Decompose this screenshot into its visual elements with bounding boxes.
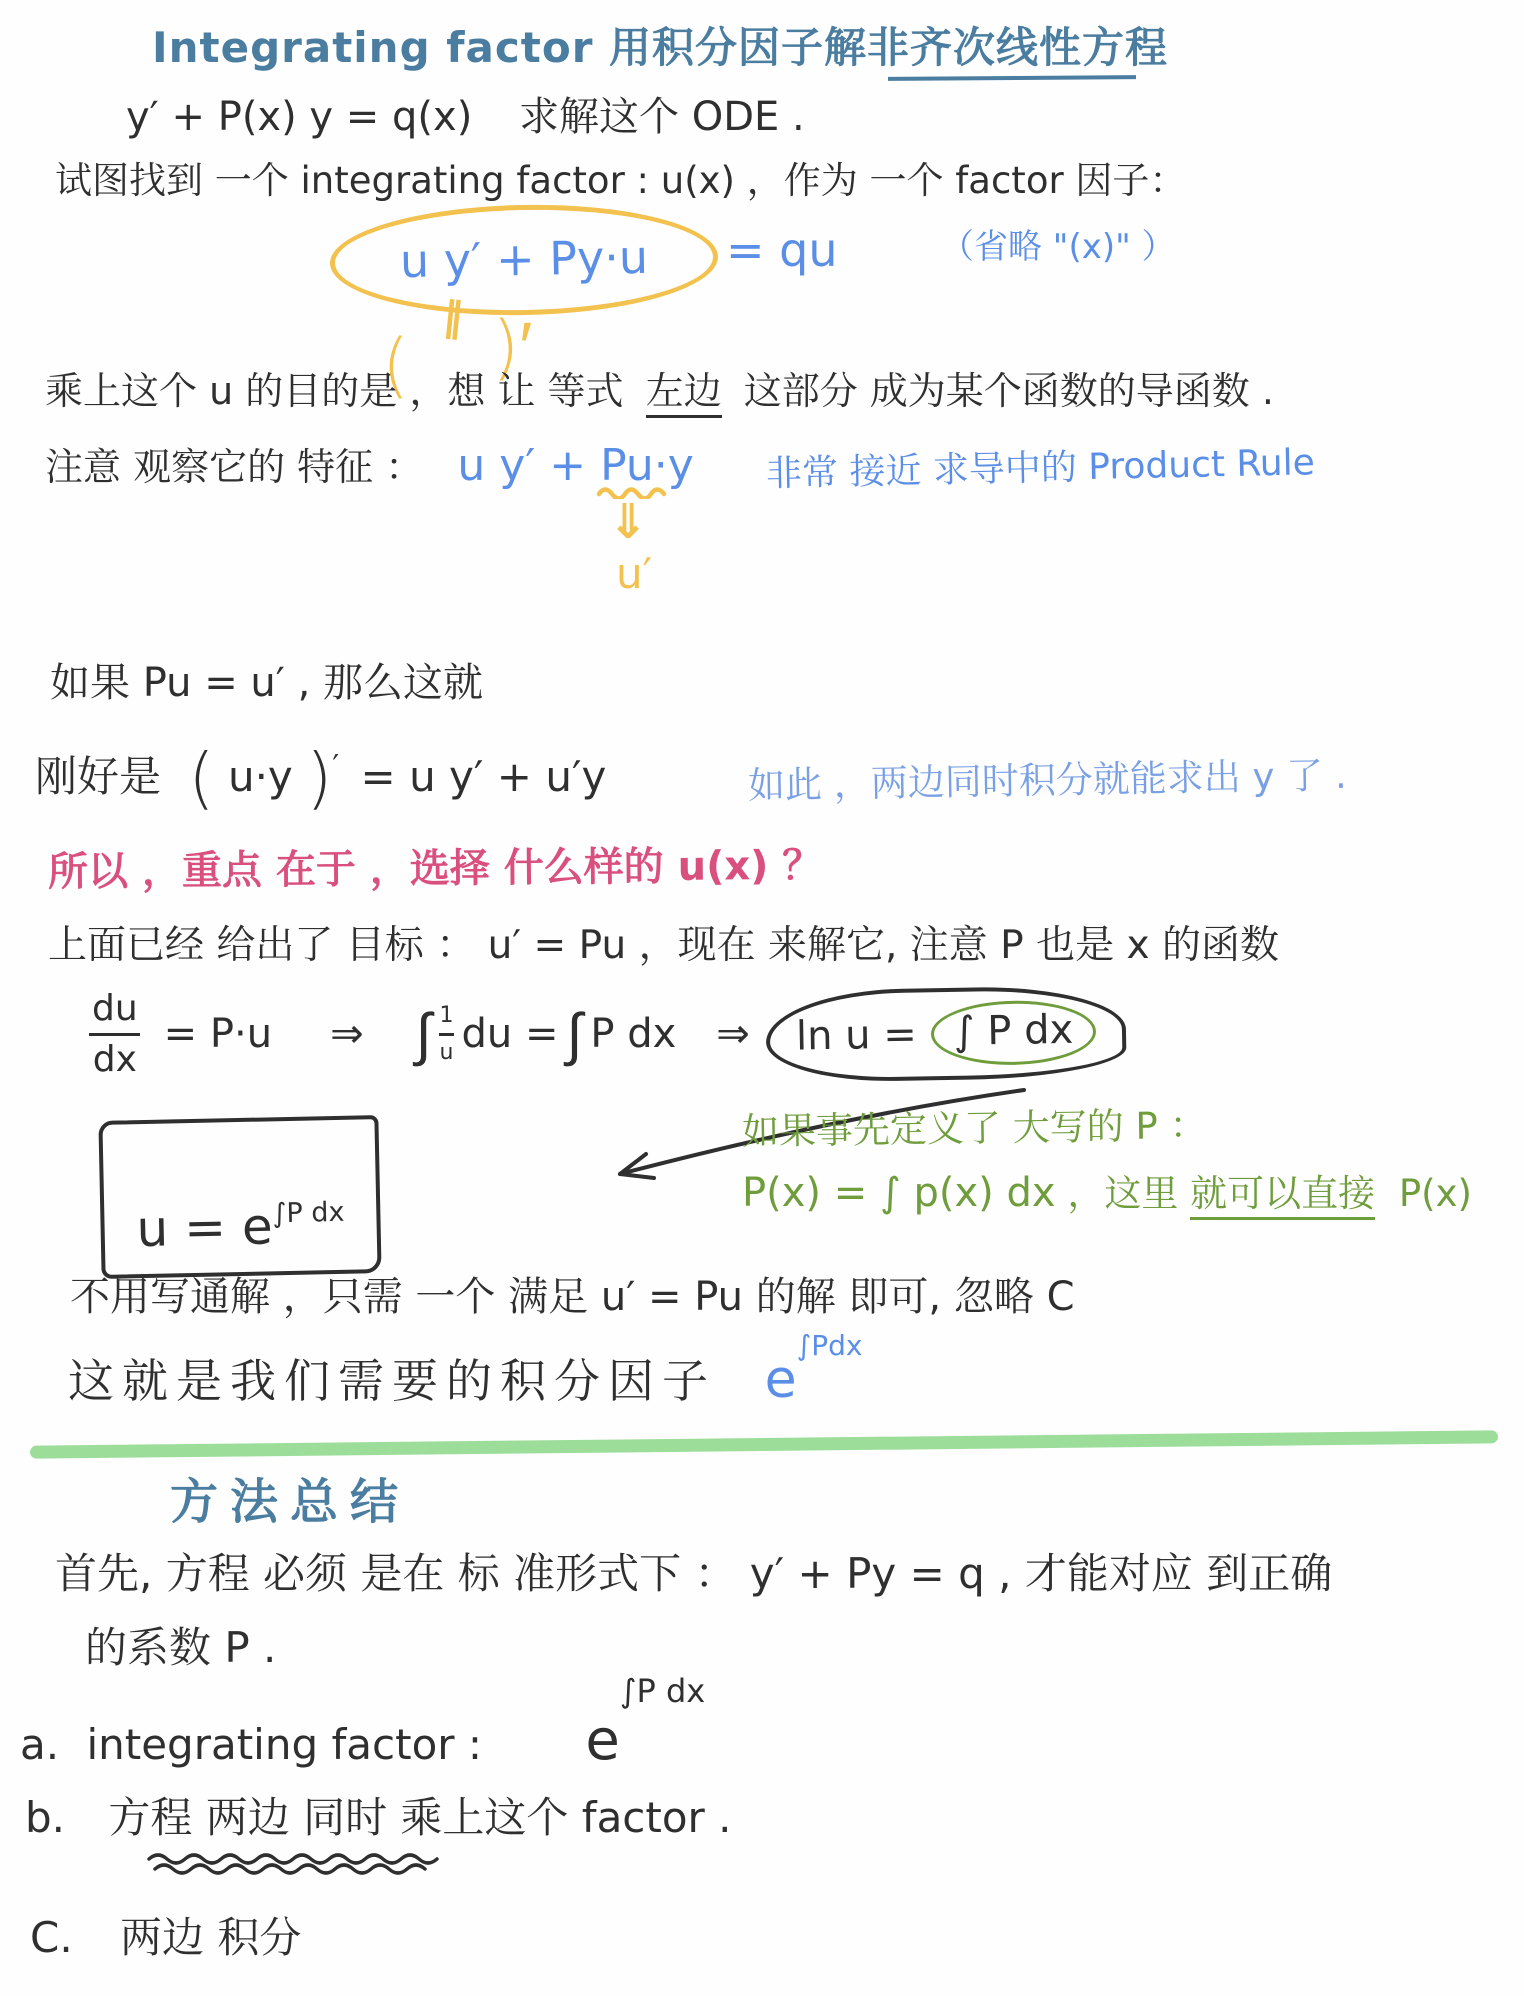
goal-line: 上面已经 给出了 目标 ： u′ = Pu ，现在 来解它, 注意 P 也是 x… bbox=[48, 922, 1279, 971]
find-factor-text: 试图找到 一个 integrating factor : u(x) ，作为 一个… bbox=[55, 159, 1186, 202]
green-note-post: P(x) bbox=[1399, 1172, 1472, 1215]
note-page: Integrating factor 用积分因子解非齐次线性方程 y′ + P(… bbox=[0, 0, 1524, 1996]
equals-pu: = P·u bbox=[164, 1009, 272, 1059]
product-rhs: = u y′ + u′y bbox=[361, 752, 607, 801]
big-paren-close: ) bbox=[306, 739, 332, 817]
green-note-line2: P(x) = ∫ p(x) dx ，这里 就可以直接 P(x) bbox=[742, 1168, 1472, 1218]
page-title-text: Integrating factor 用积分因子解非齐次线性方程 bbox=[152, 23, 1168, 72]
highlight-ellipse: u y′ + Py·u bbox=[329, 202, 719, 319]
double-wavy-underline-icon bbox=[145, 1852, 455, 1878]
inner-fraction-bar bbox=[439, 1033, 455, 1036]
item-a-base: e bbox=[585, 1708, 619, 1773]
down-arrow-icon: ⇓ bbox=[608, 492, 648, 552]
find-factor-line: 试图找到 一个 integrating factor : u(x) ，作为 一个… bbox=[55, 158, 1186, 204]
frac-denominator: dx bbox=[93, 1042, 137, 1078]
item-a: a. integrating factor : e∫P dx bbox=[20, 1706, 705, 1776]
circled-formula: u y′ + Py·u bbox=[400, 229, 649, 291]
ode-line: y′ + P(x) y = q(x) 求解这个 ODE . bbox=[126, 92, 805, 142]
key-question-line: 所以 ，重点 在于 ，选择 什么样的 u(x) ？ bbox=[48, 841, 823, 898]
fraction-bar bbox=[89, 1033, 140, 1036]
inner-denominator: u bbox=[440, 1042, 454, 1064]
item-b-text: 方程 两边 同时 乘上这个 factor . bbox=[108, 1793, 731, 1842]
green-circle-integral: ∫ P dx bbox=[930, 999, 1097, 1066]
boxed-base: u = e bbox=[136, 1195, 273, 1260]
ode-formula: y′ + P(x) y = q(x) bbox=[126, 94, 472, 140]
p-dx: P dx bbox=[590, 1009, 676, 1059]
integral-sign: ∫ bbox=[416, 998, 432, 1071]
implies-arrow-1: ⇒ bbox=[330, 1009, 364, 1059]
ln-circle: ln u = ∫ P dx bbox=[765, 985, 1127, 1083]
integral-equation: ∫ 1 u du = ∫ P dx bbox=[416, 998, 677, 1071]
u-formula-box: u = e∫P dx bbox=[98, 1115, 381, 1279]
boxed-exponent: ∫P dx bbox=[272, 1196, 345, 1231]
title-underline bbox=[888, 75, 1136, 81]
exactly-pre: 刚好是 bbox=[35, 752, 161, 801]
item-c-label: C. bbox=[30, 1913, 73, 1962]
summary-line2: 的系数 P . bbox=[85, 1622, 276, 1675]
observe-line: 注意 观察它的 特征 ： u y′ + Pu·y 非常 接近 求导中的 Prod… bbox=[45, 438, 1315, 493]
product-rule-note: 非常 接近 求导中的 Product Rule bbox=[765, 440, 1315, 496]
item-c: C. 两边 积分 bbox=[30, 1912, 301, 1965]
green-note-pre: ，这里 bbox=[1067, 1172, 1178, 1215]
big-paren-open: ( bbox=[188, 739, 214, 817]
conclusion-text: 这就是我们需要的积分因子 bbox=[68, 1354, 716, 1408]
capital-p-formula: P(x) = ∫ p(x) dx bbox=[742, 1170, 1056, 1216]
ditto-mark: ‖ bbox=[440, 291, 465, 343]
item-c-text: 两边 积分 bbox=[120, 1913, 301, 1962]
integral-sign-2: ∫ bbox=[566, 998, 582, 1071]
item-b: b. 方程 两边 同时 乘上这个 factor . bbox=[25, 1792, 732, 1845]
if-line: 如果 Pu = u′ , 那么这就 bbox=[50, 658, 483, 708]
item-b-label: b. bbox=[25, 1793, 65, 1842]
purpose-underlined: 左边 bbox=[646, 369, 722, 418]
item-a-label: a. bbox=[20, 1720, 59, 1769]
omit-note: （省略 "(x)" ） bbox=[940, 226, 1176, 269]
ode-text: 求解这个 ODE . bbox=[519, 94, 805, 140]
derivation-line: du dx = P·u ⇒ ∫ 1 u du = ∫ P dx ⇒ ln u =… bbox=[92, 988, 1126, 1080]
item-a-exponent: ∫P dx bbox=[620, 1672, 705, 1710]
product-derivative-line: 刚好是 ( u·y )′ = u y′ + u′y bbox=[35, 736, 606, 820]
integrate-note: 如此 ，两边同时积分就能求出 y 了 . bbox=[748, 753, 1347, 810]
conclusion-exponent: ∫Pdx bbox=[797, 1329, 863, 1362]
purpose-line: 乘上这个 u 的目的是 ，想 让 等式 左边 这部分 成为某个函数的导函数 . bbox=[45, 368, 1274, 416]
purpose-pre: 乘上这个 u 的目的是 ，想 让 等式 bbox=[45, 369, 623, 413]
circled-rhs: = qu bbox=[726, 222, 838, 280]
summary-line1: 首先, 方程 必须 是在 标 准形式下 ： y′ + Py = q , 才能对应… bbox=[55, 1548, 1332, 1601]
summary-heading: 方法总结 bbox=[170, 1472, 410, 1532]
page-title: Integrating factor 用积分因子解非齐次线性方程 bbox=[152, 22, 1168, 75]
purpose-post: 这部分 成为某个函数的导函数 . bbox=[744, 369, 1274, 413]
du-dx-fraction: du dx bbox=[92, 991, 138, 1078]
du-equals: du = bbox=[462, 1009, 559, 1059]
conclusion-base: e bbox=[765, 1350, 797, 1410]
item-a-text: integrating factor : bbox=[86, 1720, 482, 1769]
paren-inner: u·y bbox=[228, 752, 293, 801]
implies-arrow-2: ⇒ bbox=[716, 1009, 750, 1059]
green-note-underlined: 就可以直接 bbox=[1190, 1172, 1375, 1220]
prime-mark: ′ bbox=[332, 749, 339, 784]
divider-line bbox=[30, 1430, 1498, 1458]
inner-numerator: 1 bbox=[440, 1005, 454, 1027]
observe-label: 注意 观察它的 特征 ： bbox=[45, 445, 423, 489]
frac-numerator: du bbox=[92, 991, 138, 1027]
ln-u-equals: ln u = bbox=[795, 1010, 917, 1062]
particular-solution-line: 不用写通解 ，只需 一个 满足 u′ = Pu 的解 即可, 忽略 C bbox=[70, 1272, 1075, 1322]
one-over-u-fraction: 1 u bbox=[440, 1005, 454, 1064]
conclusion-line: 这就是我们需要的积分因子 e∫Pdx bbox=[68, 1348, 862, 1413]
green-note-line1: 如果事先定义了 大写的 P ： bbox=[742, 1103, 1207, 1156]
u-prime-label: u′ bbox=[616, 548, 652, 601]
